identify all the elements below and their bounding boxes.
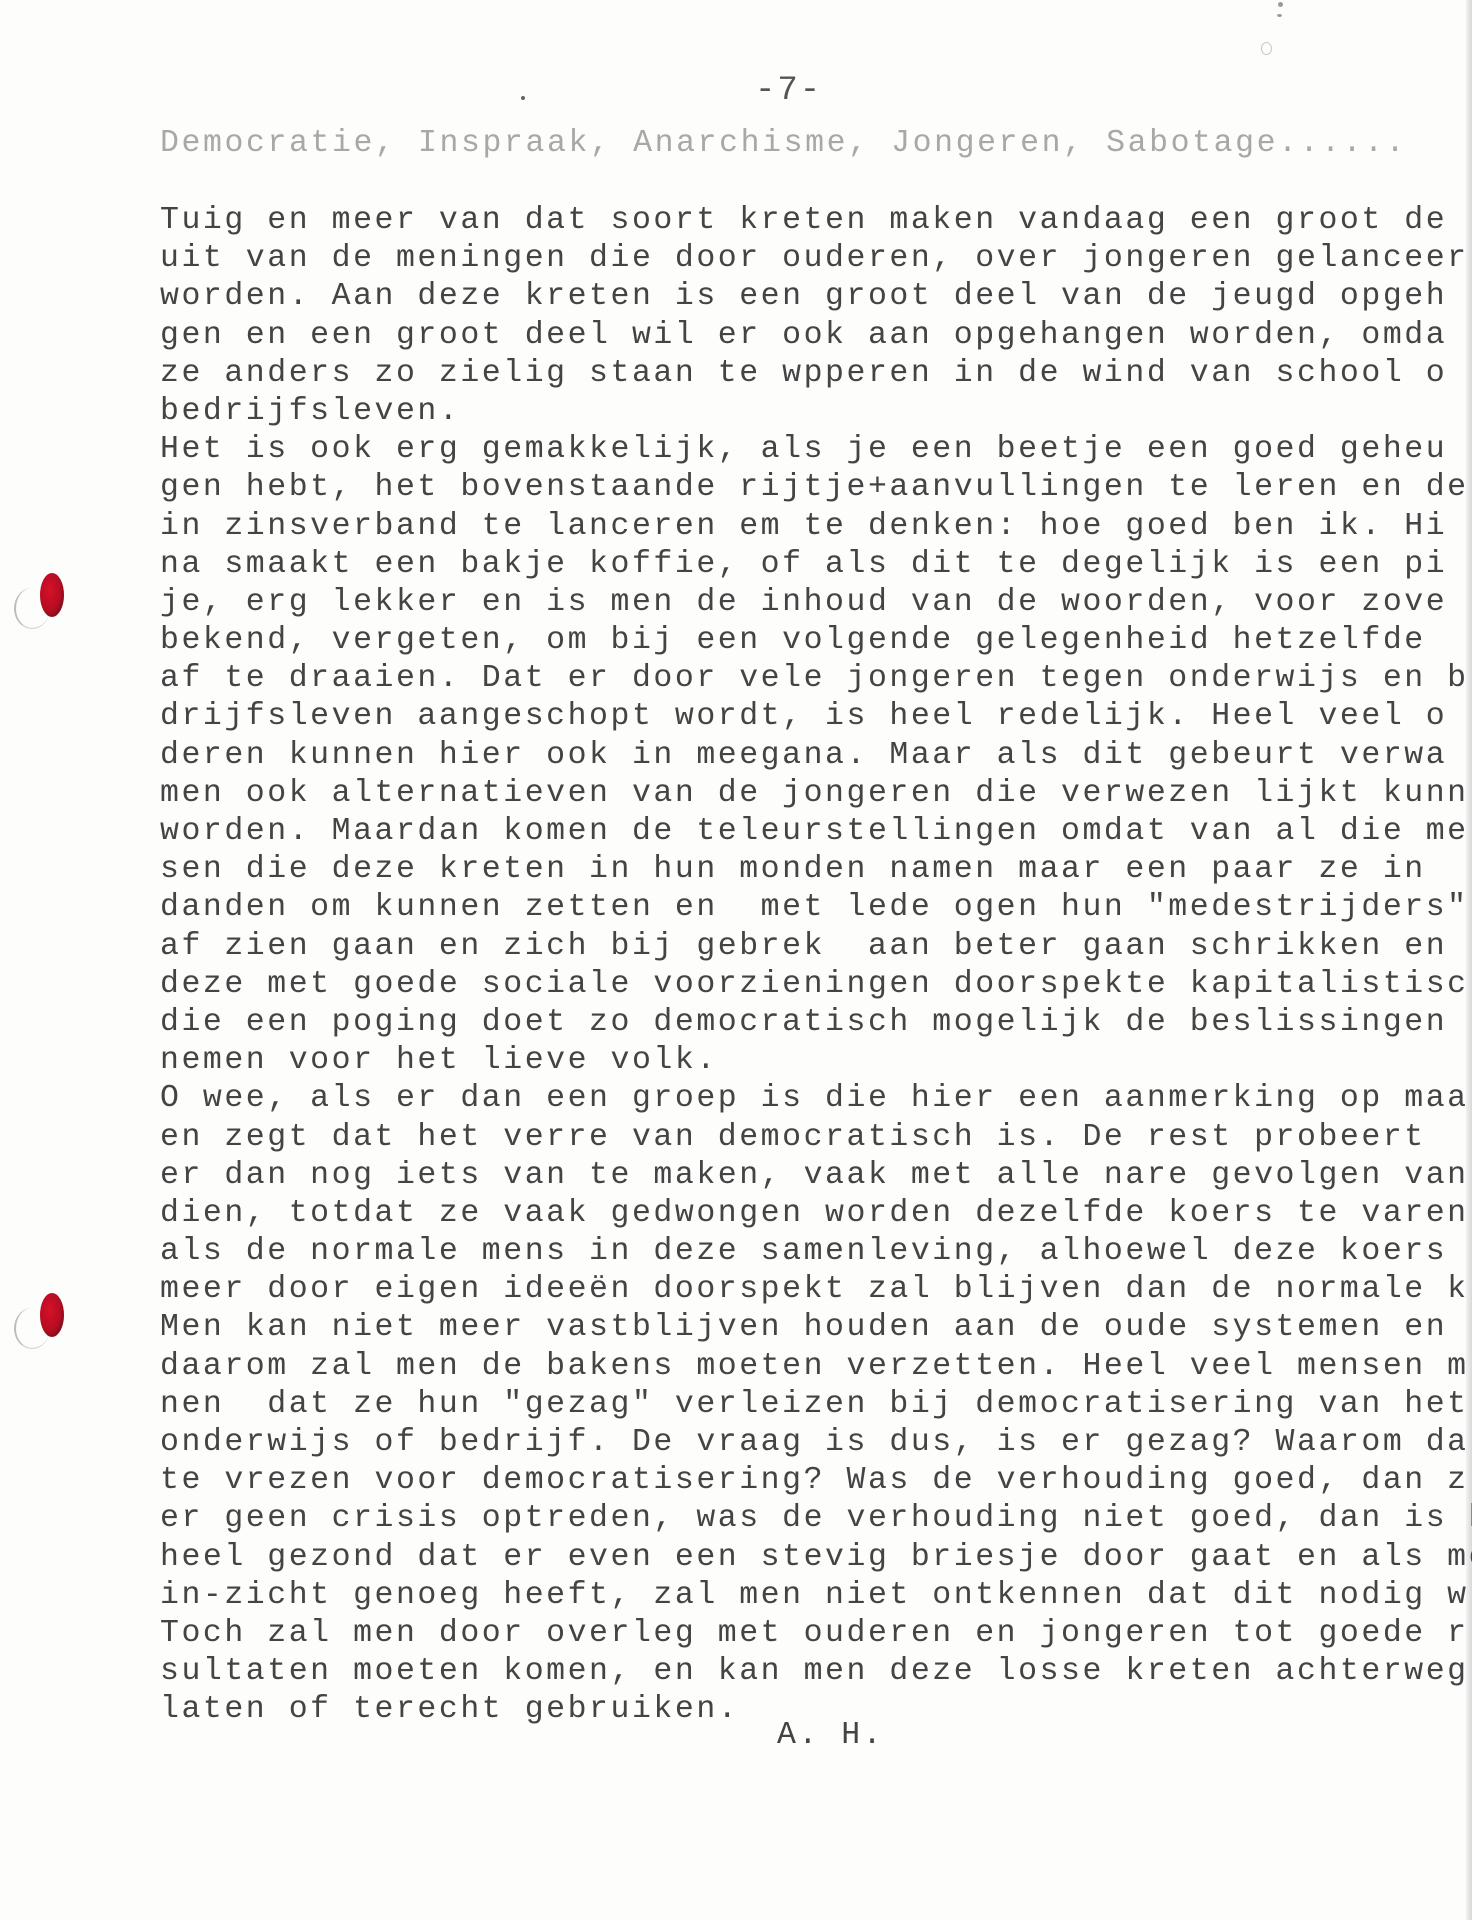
scan-speck — [1277, 14, 1282, 17]
punch-hole — [40, 1293, 64, 1337]
text-line: nemen voor het lieve volk. — [160, 1042, 1410, 1080]
text-line: sen die deze kreten in hun monden namen … — [160, 851, 1410, 889]
page-number: -7- — [755, 72, 822, 110]
text-line: sultaten moeten komen, en kan men deze l… — [160, 1653, 1410, 1691]
punch-hole — [40, 573, 64, 617]
text-line: drijfsleven aangeschopt wordt, is heel r… — [160, 698, 1410, 736]
text-line: daarom zal men de bakens moeten verzette… — [160, 1348, 1410, 1386]
text-line: Tuig en meer van dat soort kreten maken … — [160, 202, 1410, 240]
text-line: in zinsverband te lanceren em te denken:… — [160, 508, 1410, 546]
text-line: deze met goede sociale voorzieningen doo… — [160, 966, 1410, 1004]
text-line: Toch zal men door overleg met ouderen en… — [160, 1615, 1410, 1653]
text-line: heel gezond dat er even een stevig bries… — [160, 1539, 1410, 1577]
text-line: af te draaien. Dat er door vele jongeren… — [160, 660, 1410, 698]
text-line: deren kunnen hier ook in meegana. Maar a… — [160, 737, 1410, 775]
text-line: er dan nog iets van te maken, vaak met a… — [160, 1157, 1410, 1195]
body-text: Tuig en meer van dat soort kreten maken … — [160, 202, 1410, 1730]
scan-speck — [1278, 2, 1283, 7]
text-line: meer door eigen ideeën doorspekt zal bli… — [160, 1271, 1410, 1309]
text-line: onderwijs of bedrijf. De vraag is dus, i… — [160, 1424, 1410, 1462]
text-line: O wee, als er dan een groep is die hier … — [160, 1080, 1410, 1118]
text-line: worden. Aan deze kreten is een groot dee… — [160, 278, 1410, 316]
text-line: gen hebt, het bovenstaande rijtje+aanvul… — [160, 469, 1410, 507]
stray-dot — [521, 96, 525, 100]
text-line: men ook alternatieven van de jongeren di… — [160, 775, 1410, 813]
scan-mark — [1261, 42, 1272, 55]
text-line: uit van de meningen die door ouderen, ov… — [160, 240, 1410, 278]
author-signature: A. H. — [777, 1718, 884, 1753]
scanned-page: -7- Democratie, Inspraak, Anarchisme, Jo… — [0, 0, 1472, 1920]
text-line: in-zicht genoeg heeft, zal men niet ontk… — [160, 1577, 1410, 1615]
text-line: worden. Maardan komen de teleurstellinge… — [160, 813, 1410, 851]
text-line: danden om kunnen zetten en met lede ogen… — [160, 889, 1410, 927]
text-line: Men kan niet meer vastblijven houden aan… — [160, 1309, 1410, 1347]
text-line: die een poging doet zo democratisch moge… — [160, 1004, 1410, 1042]
text-line: nen dat ze hun "gezag" verleizen bij dem… — [160, 1386, 1410, 1424]
text-line: er geen crisis optreden, was de verhoudi… — [160, 1500, 1410, 1538]
text-line: als de normale mens in deze samenleving,… — [160, 1233, 1410, 1271]
text-line: bekend, vergeten, om bij een volgende ge… — [160, 622, 1410, 660]
text-line: dien, totdat ze vaak gedwongen worden de… — [160, 1195, 1410, 1233]
text-line: te vrezen voor democratisering? Was de v… — [160, 1462, 1410, 1500]
text-line: ze anders zo zielig staan te wpperen in … — [160, 355, 1410, 393]
text-line: en zegt dat het verre van democratisch i… — [160, 1119, 1410, 1157]
text-line: na smaakt een bakje koffie, of als dit t… — [160, 546, 1410, 584]
text-line: bedrijfsleven. — [160, 393, 1410, 431]
text-line: Het is ook erg gemakkelijk, als je een b… — [160, 431, 1410, 469]
text-line: gen en een groot deel wil er ook aan opg… — [160, 317, 1410, 355]
document-title: Democratie, Inspraak, Anarchisme, Jonger… — [160, 126, 1407, 161]
text-line: je, erg lekker en is men de inhoud van d… — [160, 584, 1410, 622]
text-line: af zien gaan en zich bij gebrek aan bete… — [160, 928, 1410, 966]
